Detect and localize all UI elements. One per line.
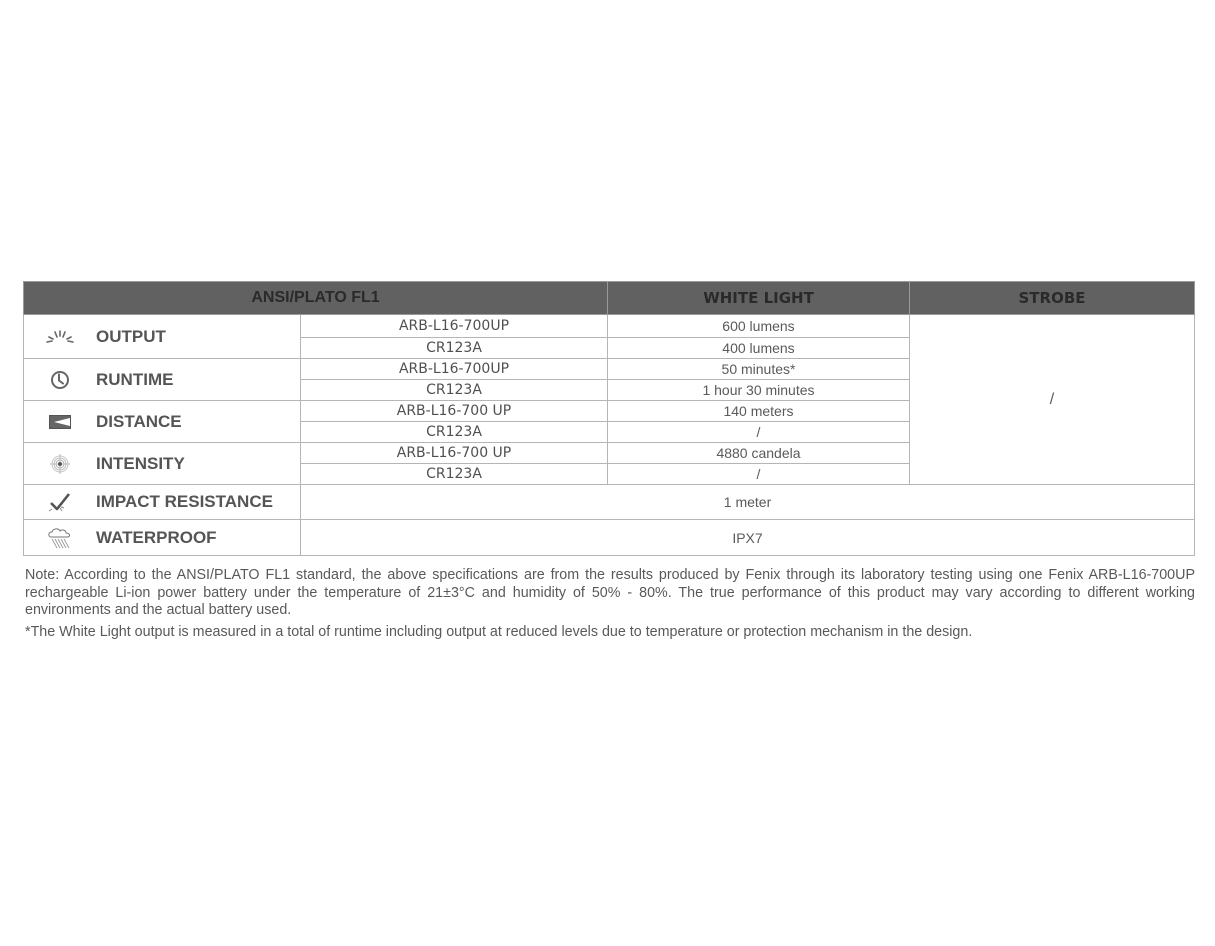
header-standard: ANSI/PLATO FL1: [24, 282, 608, 315]
footnote-text: *The White Light output is measured in a…: [25, 624, 1195, 642]
label-waterproof: WATERPROOF: [96, 528, 217, 548]
value-distance-primary: 140 meters: [608, 401, 910, 422]
header-strobe: STROBE: [910, 282, 1195, 315]
label-output: OUTPUT: [96, 327, 166, 347]
clock-icon: [24, 370, 96, 390]
strobe-value: /: [910, 315, 1195, 485]
value-intensity-primary: 4880 candela: [608, 443, 910, 464]
label-runtime: RUNTIME: [96, 370, 173, 390]
table-row: IMPACT RESISTANCE 1 meter: [24, 485, 1195, 520]
value-runtime-secondary: 1 hour 30 minutes: [608, 380, 910, 401]
value-output-primary: 600 lumens: [608, 315, 910, 338]
rain-cloud-icon: [24, 527, 96, 549]
battery-distance-secondary: CR123A: [301, 422, 608, 443]
value-waterproof: IPX7: [301, 520, 1195, 556]
output-burst-icon: [24, 330, 96, 344]
battery-output-secondary: CR123A: [301, 338, 608, 359]
value-distance-secondary: /: [608, 422, 910, 443]
row-label-distance: DISTANCE: [24, 401, 301, 443]
row-label-output: OUTPUT: [24, 315, 301, 359]
label-impact: IMPACT RESISTANCE: [96, 492, 273, 512]
row-label-waterproof: WATERPROOF: [24, 520, 301, 556]
table-header-row: ANSI/PLATO FL1 WHITE LIGHT STROBE: [24, 282, 1195, 315]
target-intensity-icon: [24, 453, 96, 475]
label-distance: DISTANCE: [96, 412, 182, 432]
value-impact: 1 meter: [301, 485, 1195, 520]
table-row: WATERPROOF IPX7: [24, 520, 1195, 556]
battery-intensity-primary: ARB-L16-700 UP: [301, 443, 608, 464]
battery-distance-primary: ARB-L16-700 UP: [301, 401, 608, 422]
value-intensity-secondary: /: [608, 464, 910, 485]
note-text: Note: According to the ANSI/PLATO FL1 st…: [25, 567, 1195, 620]
notes-section: Note: According to the ANSI/PLATO FL1 st…: [25, 567, 1195, 641]
battery-output-primary: ARB-L16-700UP: [301, 315, 608, 338]
row-label-intensity: INTENSITY: [24, 443, 301, 485]
value-runtime-primary: 50 minutes*: [608, 359, 910, 380]
row-label-runtime: RUNTIME: [24, 359, 301, 401]
distance-beam-icon: [24, 415, 96, 429]
battery-intensity-secondary: CR123A: [301, 464, 608, 485]
specification-table: ANSI/PLATO FL1 WHITE LIGHT STROBE: [23, 281, 1195, 556]
value-output-secondary: 400 lumens: [608, 338, 910, 359]
label-intensity: INTENSITY: [96, 454, 185, 474]
table-row: OUTPUT ARB-L16-700UP 600 lumens /: [24, 315, 1195, 338]
row-label-impact: IMPACT RESISTANCE: [24, 485, 301, 520]
battery-runtime-primary: ARB-L16-700UP: [301, 359, 608, 380]
impact-check-icon: [24, 492, 96, 512]
header-white-light: WHITE LIGHT: [608, 282, 910, 315]
battery-runtime-secondary: CR123A: [301, 380, 608, 401]
